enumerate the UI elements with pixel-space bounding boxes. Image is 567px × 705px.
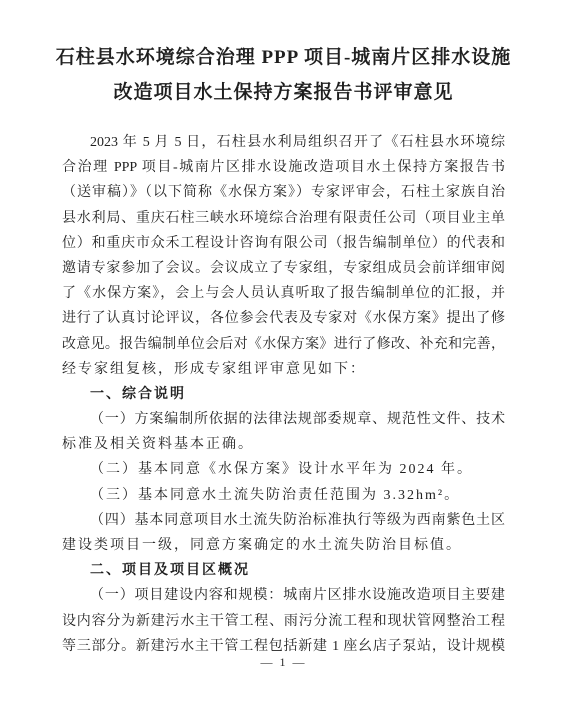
document-page: 石柱县水环境综合治理 PPP 项目-城南片区排水设施 改造项目水土保持方案报告书… xyxy=(0,0,567,705)
title-line-2: 改造项目水土保持方案报告书评审意见 xyxy=(30,75,537,110)
paragraph-line: 邀请专家参加了会议。会议成立了专家组，专家组成员会前详细审阅 xyxy=(62,256,505,281)
page-number: — 1 — xyxy=(0,653,567,671)
title-line-1: 石柱县水环境综合治理 PPP 项目-城南片区排水设施 xyxy=(30,40,537,75)
paragraph-line: （一）方案编制所依据的法律法规部委规章、规范性文件、技术 xyxy=(62,407,505,432)
paragraph-line: （二）基本同意《水保方案》设计水平年为 2024 年。 xyxy=(62,457,505,482)
section-heading-2: 二、项目及项目区概况 xyxy=(62,558,505,583)
paragraph-line: 县水利局、重庆石柱三峡水环境综合治理有限责任公司（项目业主单 xyxy=(62,206,505,231)
paragraph-line: 改意见。报告编制单位会后对《水保方案》进行了修改、补充和完善， xyxy=(62,332,505,357)
paragraph-line: 了《水保方案》，会上与会人员认真听取了报告编制单位的汇报，并 xyxy=(62,281,505,306)
paragraph-line: （四）基本同意项目水土流失防治标准执行等级为西南紫色土区 xyxy=(62,508,505,533)
paragraph-line: 合治理 PPP 项目-城南片区排水设施改造项目水土保持方案报告书 xyxy=(62,155,505,180)
document-body: 2023 年 5 月 5 日，石柱县水利局组织召开了《石柱县水环境综 合治理 P… xyxy=(62,130,505,659)
paragraph-line: 位）和重庆市众禾工程设计咨询有限公司（报告编制单位）的代表和 xyxy=(62,231,505,256)
paragraph-line: 建设类项目一级，同意方案确定的水土流失防治目标值。 xyxy=(62,533,505,558)
section-heading-1: 一、综合说明 xyxy=(62,382,505,407)
paragraph-line: （三）基本同意水土流失防治责任范围为 3.32hm²。 xyxy=(62,483,505,508)
paragraph-line: 经专家组复核，形成专家组评审意见如下： xyxy=(62,357,505,382)
paragraph-line: 标准及相关资料基本正确。 xyxy=(62,432,505,457)
paragraph-line: （一）项目建设内容和规模：城南片区排水设施改造项目主要建 xyxy=(62,583,505,608)
paragraph-line: （送审稿）》（以下简称《水保方案》）专家评审会，石柱土家族自治 xyxy=(62,180,505,205)
paragraph-line: 进行了认真讨论评议，各位参会代表及专家对《水保方案》提出了修 xyxy=(62,306,505,331)
paragraph-line: 2023 年 5 月 5 日，石柱县水利局组织召开了《石柱县水环境综 xyxy=(62,130,505,155)
paragraph-line: 设内容分为新建污水主干管工程、雨污分流工程和现状管网整治工程 xyxy=(62,609,505,634)
document-title: 石柱县水环境综合治理 PPP 项目-城南片区排水设施 改造项目水土保持方案报告书… xyxy=(30,40,537,110)
